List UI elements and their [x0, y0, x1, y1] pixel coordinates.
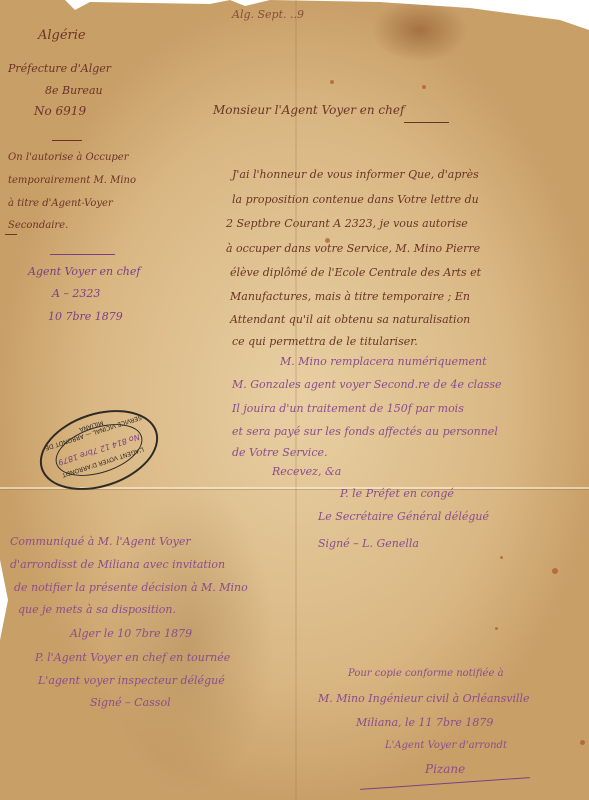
- copy-note-date: Miliana, le 11 7bre 1879: [356, 716, 493, 729]
- header-country: Algérie: [38, 28, 86, 43]
- body-line: et sera payé sur les fonds affectés au p…: [232, 425, 498, 438]
- body-line: de Votre Service.: [232, 446, 328, 459]
- closing-line: Recevez, &a: [272, 465, 341, 478]
- copy-note-line: Pour copie conforme notifiée à: [348, 668, 504, 679]
- margin-summary-line: temporairement M. Mino: [8, 175, 136, 186]
- body-line: 2 Septbre Courant A 2323, je vous autori…: [226, 217, 468, 230]
- foxing-spot: [330, 80, 334, 84]
- margin-summary-line: On l'autorise à Occuper: [8, 152, 129, 163]
- header-number: No 6919: [34, 104, 86, 118]
- copy-note-signature: Pizane: [425, 762, 465, 776]
- body-line: Manufactures, mais à titre temporaire ; …: [230, 290, 470, 303]
- body-line: J'ai l'honneur de vous informer Que, d'a…: [232, 168, 479, 181]
- body-line: à occuper dans votre Service, M. Mino Pi…: [226, 242, 480, 255]
- reference-number: A – 2323: [52, 287, 100, 300]
- foxing-spot: [552, 568, 558, 574]
- foxing-spot: [495, 627, 498, 630]
- header-prefecture: Préfecture d'Alger: [8, 62, 111, 75]
- endorsement-line: de notifier la présente décision à M. Mi…: [14, 581, 248, 594]
- body-line: Attendant qu'il ait obtenu sa naturalisa…: [230, 313, 470, 326]
- endorsement-line: P. l'Agent Voyer en chef en tournée: [35, 651, 230, 664]
- body-line: M. Mino remplacera numériquement: [280, 355, 487, 368]
- endorsement-line: Communiqué à M. l'Agent Voyer: [10, 535, 191, 548]
- endorsement-signature: Signé – Cassol: [90, 696, 171, 709]
- body-line: élève diplômé de l'Ecole Centrale des Ar…: [230, 266, 481, 279]
- reference-date: 10 7bre 1879: [48, 310, 123, 323]
- body-line: M. Gonzales agent voyer Second.re de 4e …: [232, 378, 502, 391]
- body-line: Il jouira d'un traitement de 150f par mo…: [232, 402, 464, 415]
- foxing-spot: [580, 740, 585, 745]
- divider: [5, 234, 17, 235]
- margin-summary-line: Secondaire.: [8, 220, 68, 231]
- closing-signature: Signé – L. Genella: [318, 537, 419, 550]
- salutation-underline: [404, 122, 449, 123]
- copy-note-line: L'Agent Voyer d'arrondt: [385, 740, 507, 751]
- divider: [52, 140, 82, 141]
- header-bureau: 8e Bureau: [45, 84, 103, 97]
- paper-fold-vertical: [295, 0, 297, 800]
- endorsement-line: que je mets à sa disposition.: [18, 603, 176, 616]
- endorsement-line: d'arrondisst de Miliana avec invitation: [10, 558, 225, 571]
- salutation: Monsieur l'Agent Voyer en chef: [213, 103, 404, 117]
- body-line: ce qui permettra de le titulariser.: [232, 335, 418, 348]
- copy-note-line: M. Mino Ingénieur civil à Orléansville: [318, 692, 530, 705]
- body-line: la proposition contenue dans Votre lettr…: [232, 193, 479, 206]
- divider: [50, 254, 115, 255]
- endorsement-line: L'agent voyer inspecteur délégué: [38, 674, 225, 687]
- closing-line: Le Secrétaire Général délégué: [318, 510, 489, 523]
- reference-title: Agent Voyer en chef: [28, 265, 140, 278]
- foxing-spot: [500, 556, 503, 559]
- closing-line: P. le Préfet en congé: [340, 487, 454, 500]
- endorsement-date: Alger le 10 7bre 1879: [70, 627, 192, 640]
- foxing-spot: [422, 85, 426, 89]
- margin-summary-line: à titre d'Agent-Voyer: [8, 198, 113, 209]
- top-note: Alg. Sept. ..9: [232, 8, 304, 21]
